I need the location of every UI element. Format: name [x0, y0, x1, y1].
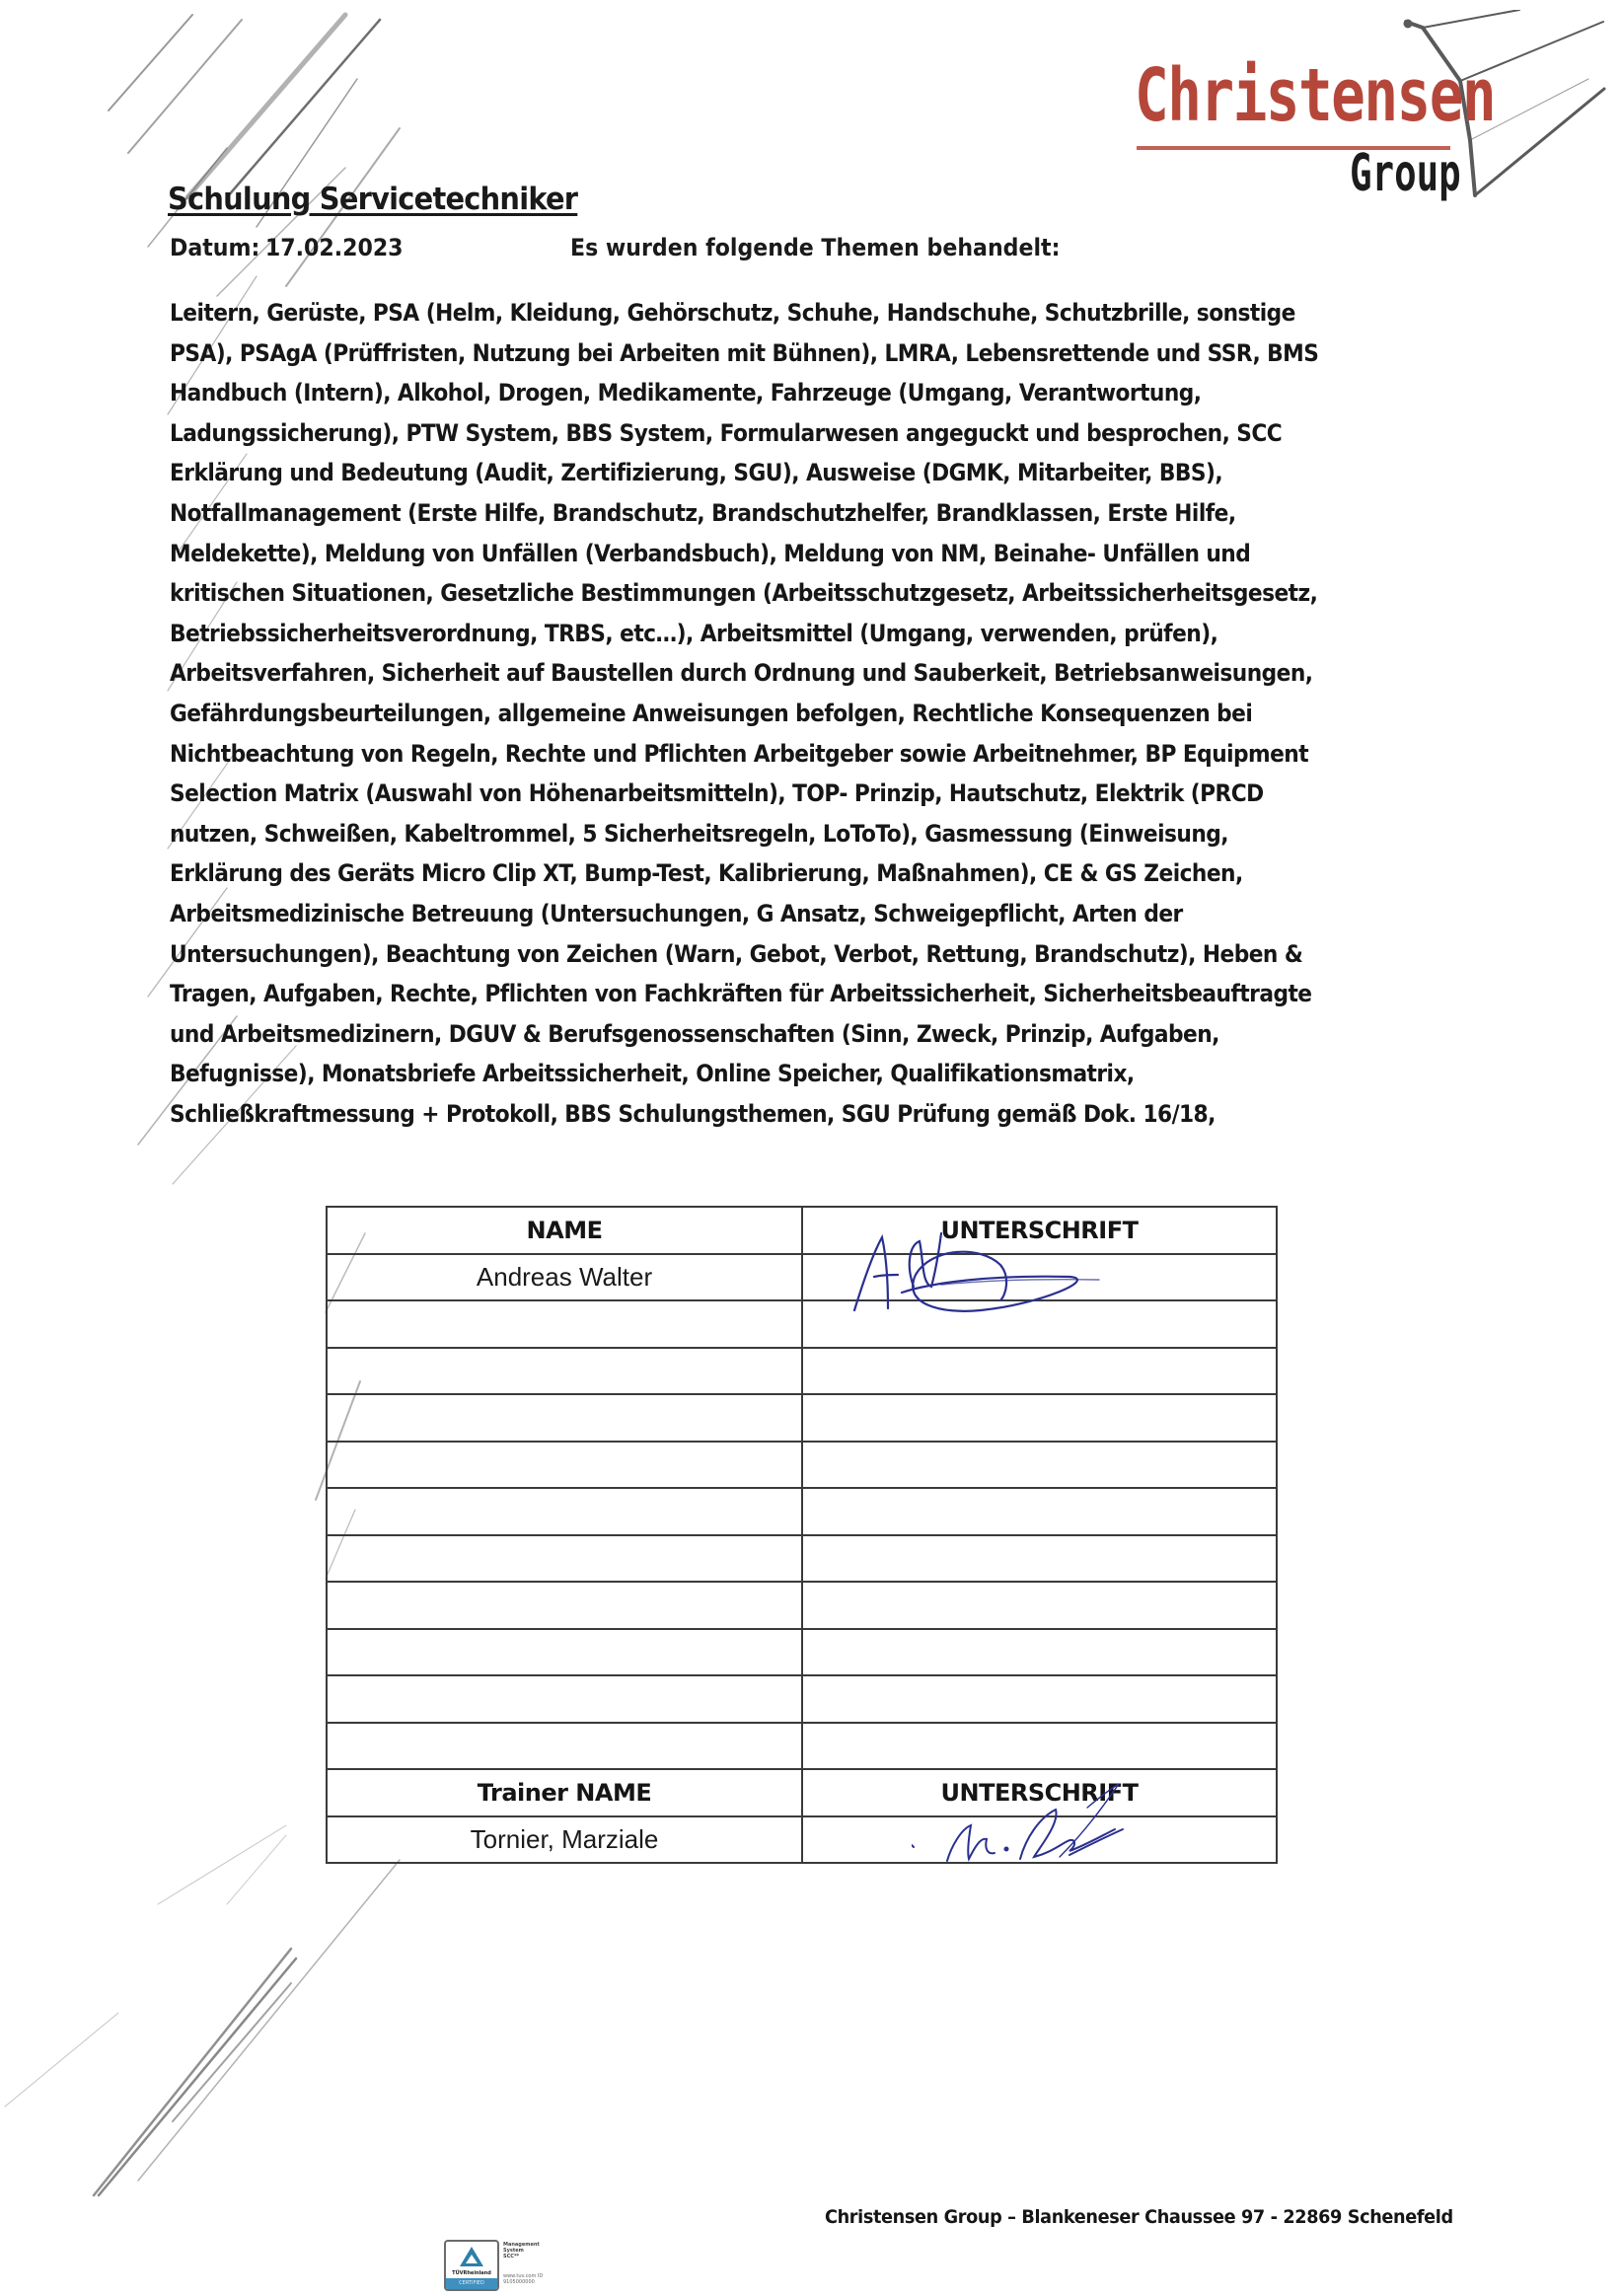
trainer-name-cell[interactable]: Tornier, Marziale — [327, 1816, 802, 1864]
participant-signature-cell[interactable] — [802, 1629, 1277, 1676]
topics-line: Untersuchungen), Beachtung von Zeichen (… — [170, 934, 1349, 975]
date-value: 17.02.2023 — [265, 234, 404, 261]
topics-line: Ladungssicherung), PTW System, BBS Syste… — [170, 413, 1349, 454]
participant-signature-cell[interactable] — [802, 1254, 1277, 1301]
column-header-trainer-signature: UNTERSCHRIFT — [802, 1769, 1277, 1816]
table-row — [327, 1488, 1277, 1535]
topics-paragraph: Leitern, Gerüste, PSA (Helm, Kleidung, G… — [170, 293, 1472, 1134]
column-header-signature: UNTERSCHRIFT — [802, 1207, 1277, 1254]
topics-line: Arbeitsverfahren, Sicherheit auf Baustel… — [170, 653, 1349, 694]
topics-intro: Es wurden folgende Themen behandelt: — [570, 234, 1060, 261]
participant-signature-cell[interactable] — [802, 1582, 1277, 1629]
participant-signature-cell[interactable] — [802, 1394, 1277, 1442]
date-label: Datum: — [170, 234, 259, 261]
table-row — [327, 1582, 1277, 1629]
column-header-trainer-name: Trainer NAME — [327, 1769, 802, 1816]
participant-name-cell[interactable] — [327, 1300, 802, 1348]
participant-name-cell[interactable] — [327, 1348, 802, 1395]
table-row — [327, 1629, 1277, 1676]
topics-line: PSA), PSAgA (Prüffristen, Nutzung bei Ar… — [170, 333, 1349, 374]
table-row — [327, 1348, 1277, 1395]
participant-name-cell[interactable] — [327, 1535, 802, 1583]
table-row: Andreas Walter — [327, 1254, 1277, 1301]
document-date: Datum:17.02.2023 — [170, 234, 404, 261]
participant-name-cell[interactable] — [327, 1442, 802, 1489]
topics-line: Notfallmanagement (Erste Hilfe, Brandsch… — [170, 493, 1349, 534]
trainer-header-row: Trainer NAME UNTERSCHRIFT — [327, 1769, 1277, 1816]
trainer-row: Tornier, Marziale — [327, 1816, 1277, 1864]
participant-signature-cell[interactable] — [802, 1348, 1277, 1395]
table-row — [327, 1394, 1277, 1442]
topics-line: Selection Matrix (Auswahl von Höhenarbei… — [170, 774, 1349, 814]
topics-line: und Arbeitsmedizinern, DGUV & Berufsgeno… — [170, 1014, 1349, 1055]
table-row — [327, 1442, 1277, 1489]
topics-line: Arbeitsmedizinische Betreuung (Untersuch… — [170, 894, 1349, 934]
participant-name-cell[interactable] — [327, 1488, 802, 1535]
participant-signature-cell[interactable] — [802, 1535, 1277, 1583]
topics-line: Schließkraftmessung + Protokoll, BBS Sch… — [170, 1094, 1349, 1135]
topics-line: Tragen, Aufgaben, Rechte, Pflichten von … — [170, 974, 1349, 1014]
participant-name-cell[interactable] — [327, 1394, 802, 1442]
participant-signature-cell[interactable] — [802, 1723, 1277, 1770]
participant-signature-cell[interactable] — [802, 1675, 1277, 1723]
topics-line: nutzen, Schweißen, Kabeltrommel, 5 Siche… — [170, 814, 1349, 854]
topics-line: Betriebssicherheitsverordnung, TRBS, etc… — [170, 614, 1349, 654]
topics-line: Handbuch (Intern), Alkohol, Drogen, Medi… — [170, 373, 1349, 413]
participant-name-cell[interactable] — [327, 1723, 802, 1770]
table-header-row: NAME UNTERSCHRIFT — [327, 1207, 1277, 1254]
document-title: Schulung Servicetechniker — [168, 182, 577, 217]
topics-line: Erklärung und Bedeutung (Audit, Zertifiz… — [170, 453, 1349, 493]
topics-line: Leitern, Gerüste, PSA (Helm, Kleidung, G… — [170, 293, 1349, 333]
table-row — [327, 1300, 1277, 1348]
tuv-certified-icon: TÜVRheinland CERTIFIED — [444, 2240, 499, 2291]
topics-line: kritischen Situationen, Gesetzliche Best… — [170, 573, 1349, 614]
trainer-signature-cell[interactable] — [802, 1816, 1277, 1864]
topics-line: Befugnisse), Monatsbriefe Arbeitssicherh… — [170, 1054, 1349, 1094]
topics-line: Erklärung des Geräts Micro Clip XT, Bump… — [170, 853, 1349, 894]
company-logo: Christensen Group — [1125, 10, 1618, 207]
participant-signature-cell[interactable] — [802, 1300, 1277, 1348]
column-header-name: NAME — [327, 1207, 802, 1254]
attendance-table: NAME UNTERSCHRIFT Andreas Walter — [326, 1206, 1278, 1864]
topics-line: Gefährdungsbeurteilungen, allgemeine Anw… — [170, 694, 1349, 734]
table-row — [327, 1675, 1277, 1723]
topics-line: Nichtbeachtung von Regeln, Rechte und Pf… — [170, 734, 1349, 775]
participant-name-cell[interactable] — [327, 1582, 802, 1629]
table-row — [327, 1535, 1277, 1583]
participant-signature-cell[interactable] — [802, 1488, 1277, 1535]
logo-wordmark: Christensen — [1135, 59, 1495, 132]
participant-name-cell[interactable] — [327, 1675, 802, 1723]
participant-name-cell[interactable] — [327, 1629, 802, 1676]
footer-address: Christensen Group – Blankeneser Chaussee… — [825, 2206, 1453, 2228]
table-row — [327, 1723, 1277, 1770]
participant-signature-cell[interactable] — [802, 1442, 1277, 1489]
certification-text: Management System SCC** www.tuv.com ID 9… — [503, 2242, 562, 2285]
certification-badge: TÜVRheinland CERTIFIED Management System… — [444, 2240, 572, 2289]
participant-name-cell[interactable]: Andreas Walter — [327, 1254, 802, 1301]
topics-line: Meldekette), Meldung von Unfällen (Verba… — [170, 534, 1349, 574]
logo-subtitle: Group — [1350, 148, 1461, 199]
